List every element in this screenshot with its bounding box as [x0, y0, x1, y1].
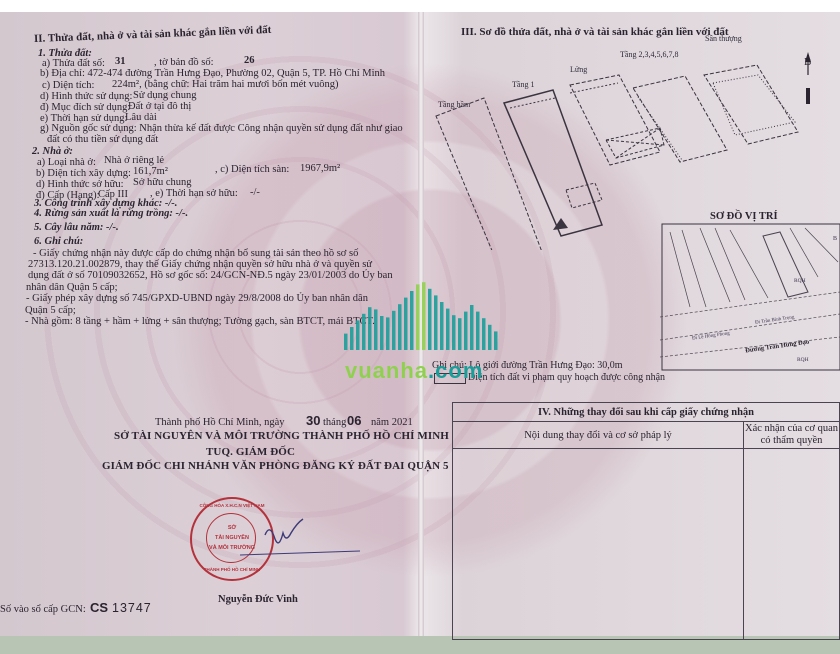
note-line: dụng đất ở số 70109032652, Hồ sơ gốc số:… [28, 270, 393, 282]
map-north-label: B [833, 236, 837, 242]
note-line: - Giấy phép xây dựng số 745/GPXD-UBND ng… [26, 293, 368, 305]
floor-area-label: , c) Diện tích sàn: [215, 164, 289, 176]
forest: 4. Rừng sản xuất là rừng trồng: -/-. [34, 208, 188, 220]
date-month: 06 [347, 413, 361, 428]
signer-position: GIÁM ĐỐC CHI NHÁNH VĂN PHÒNG ĐĂNG KÝ ĐẤT… [102, 460, 449, 472]
changes-cell-confirmation [744, 449, 840, 640]
own-term-value: -/- [250, 187, 260, 199]
date-prefix: Thành phố Hồ Chí Minh, ngày [155, 417, 285, 429]
rqh-bottom: RQH [797, 357, 809, 363]
registry-number: 13747 [112, 601, 152, 615]
on-behalf: TUQ. GIÁM ĐỐC [206, 446, 295, 458]
changes-col-content: Nội dung thay đổi và cơ sở pháp lý [453, 422, 744, 449]
stamp-ring-bottom: THÀNH PHỐ HỒ CHÍ MINH [192, 567, 272, 572]
registry-label: Số vào sổ cấp GCN: [0, 604, 86, 616]
issuing-org: SỞ TÀI NGUYÊN VÀ MÔI TRƯỜNG THÀNH PHỐ HỒ… [114, 430, 449, 442]
changes-col-confirmation: Xác nhận của cơ quancó thẩm quyền [744, 422, 840, 449]
registry-prefix: CS [90, 600, 108, 615]
signer-name: Nguyễn Đức Vinh [218, 594, 298, 606]
note-line: - Nhà gồm: 8 tầng + hầm + lửng + sân thư… [25, 316, 375, 328]
map-number: 26 [244, 55, 255, 67]
section-iii-title: III. Sơ đồ thửa đất, nhà ở và tài sản kh… [461, 26, 729, 38]
year-label: năm 2021 [371, 417, 413, 429]
legend-text: Diện tích đất vi phạm quy hoạch được côn… [468, 372, 665, 383]
parcel-number: 31 [115, 56, 126, 68]
vuanha-logo-text: vuanha.com [345, 358, 483, 384]
perennial: 5. Cây lâu năm: -/-. [34, 222, 119, 234]
date-day: 30 [306, 413, 320, 428]
month-label: tháng [323, 417, 346, 429]
notes-heading: 6. Ghi chú: [34, 236, 83, 248]
rqh-top: RQH [794, 278, 806, 284]
vuanha-logo-icon [340, 280, 500, 350]
floor-area-value: 1967,9m² [300, 163, 340, 175]
stamp-ring-top: CỘNG HÒA X.H.C.N VIỆT NAM [192, 503, 272, 508]
changes-title: IV. Những thay đổi sau khi cấp giấy chứn… [453, 403, 840, 422]
changes-cell-content [453, 449, 744, 640]
changes-table: IV. Những thay đổi sau khi cấp giấy chứn… [452, 402, 840, 640]
origin-line2: đất có thu tiền sử dụng đất [47, 134, 158, 146]
signature-scribble [240, 515, 380, 565]
north-label: B [804, 56, 811, 68]
